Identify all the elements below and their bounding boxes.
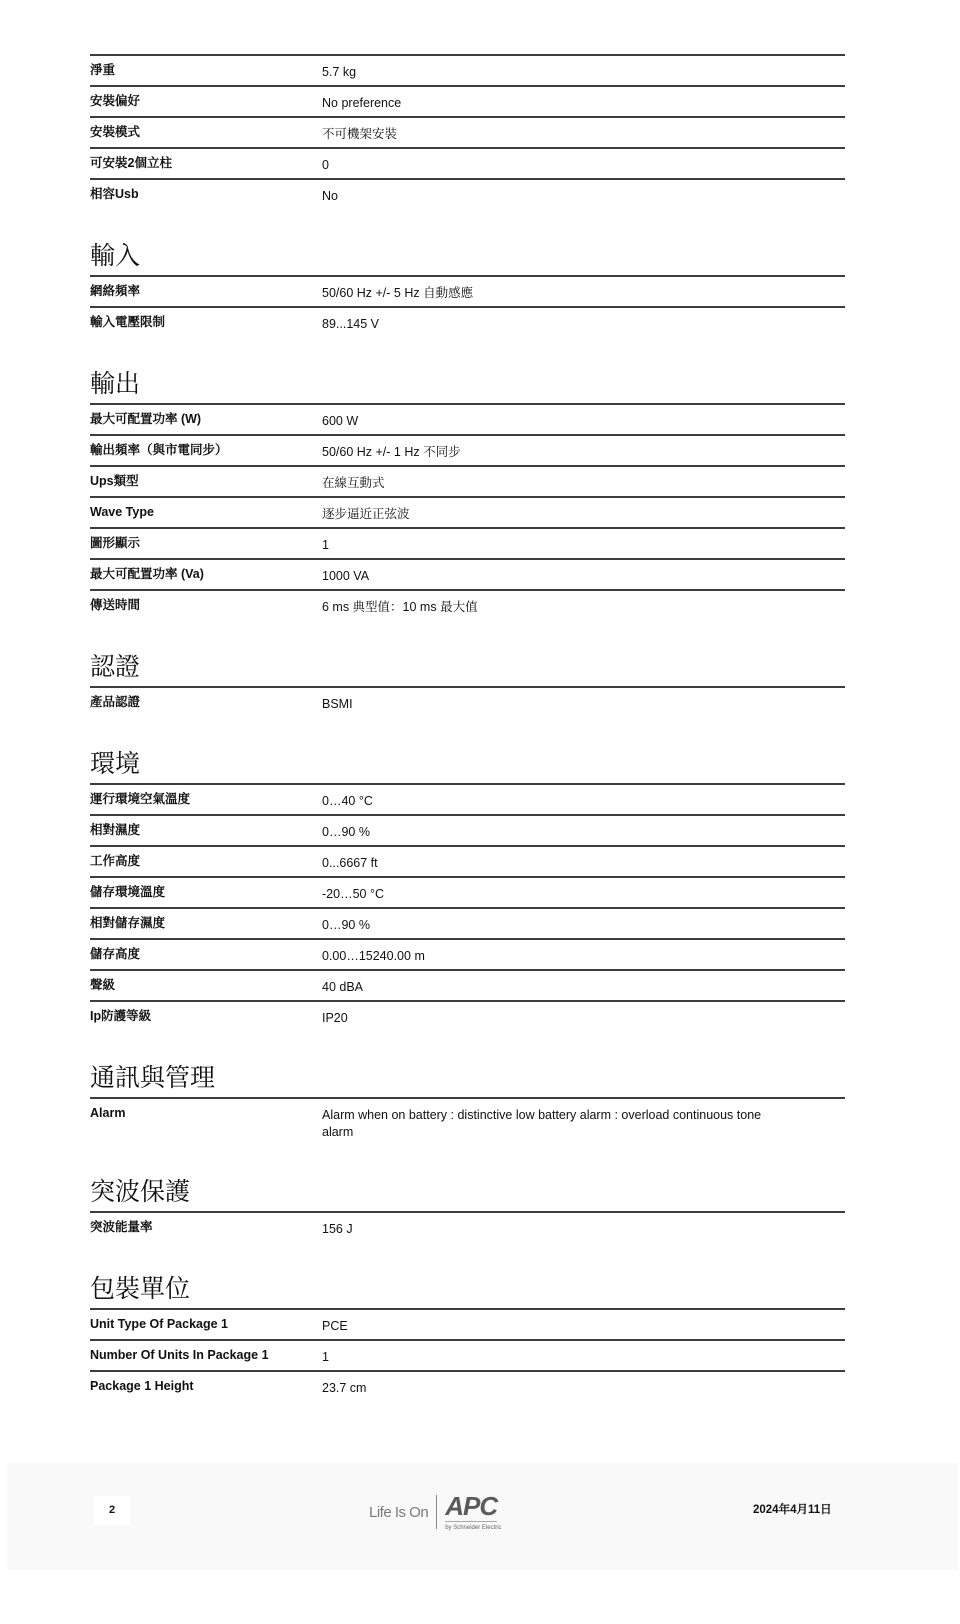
tagline: Life Is On xyxy=(369,1504,428,1521)
section-heading: 環境 xyxy=(90,747,845,783)
spec-label: 輸出頻率（與市電同步） xyxy=(90,443,322,461)
section-heading: 通訊與管理 xyxy=(90,1061,845,1097)
spec-label: 聲級 xyxy=(90,978,322,996)
spec-value: No xyxy=(322,187,845,205)
spec-value: 逐步逼近正弦波 xyxy=(322,505,845,523)
page-footer: 2 Life Is On APC by Schneider Electric 2… xyxy=(7,1463,958,1570)
spec-value: 0…40 °C xyxy=(322,792,845,810)
section-input: 輸入 網絡頻率50/60 Hz +/- 5 Hz 自動感應 輸入電壓限制89..… xyxy=(90,239,845,337)
spec-value: 1 xyxy=(322,1348,845,1366)
spec-value: 0 xyxy=(322,156,845,174)
section-heading: 輸入 xyxy=(90,239,845,275)
spec-label: 運行環境空氣溫度 xyxy=(90,792,322,810)
spec-row: 相容UsbNo xyxy=(90,178,845,209)
spec-label: 安裝偏好 xyxy=(90,94,322,112)
spec-row: 突波能量率156 J xyxy=(90,1211,845,1242)
spec-row: 最大可配置功率 (Va)1000 VA xyxy=(90,558,845,589)
spec-label: 淨重 xyxy=(90,63,322,81)
section-heading: 包裝單位 xyxy=(90,1272,845,1308)
section-communication: 通訊與管理 AlarmAlarm when on battery : disti… xyxy=(90,1061,845,1145)
spec-label: 安裝模式 xyxy=(90,125,322,143)
spec-row: 相對濕度0…90 % xyxy=(90,814,845,845)
spec-label: Ups類型 xyxy=(90,474,322,492)
section-environment: 環境 運行環境空氣溫度0…40 °C 相對濕度0…90 % 工作高度0...66… xyxy=(90,747,845,1031)
spec-sheet: 淨重5.7 kg 安裝偏好No preference 安裝模式不可機架安裝 可安… xyxy=(90,54,845,1401)
spec-value: 6 ms 典型值：10 ms 最大值 xyxy=(322,598,845,616)
spec-label: Unit Type Of Package 1 xyxy=(90,1317,322,1335)
spec-row: 輸出頻率（與市電同步）50/60 Hz +/- 1 Hz 不同步 xyxy=(90,434,845,465)
spec-value: 40 dBA xyxy=(322,978,845,996)
apc-logo-icon: APC by Schneider Electric xyxy=(445,1493,501,1531)
spec-row: Ip防護等級IP20 xyxy=(90,1000,845,1031)
spec-row: 可安裝2個立柱0 xyxy=(90,147,845,178)
spec-row: Wave Type逐步逼近正弦波 xyxy=(90,496,845,527)
spec-row: 聲級40 dBA xyxy=(90,969,845,1000)
spec-value: 在線互動式 xyxy=(322,474,845,492)
brand-name: APC xyxy=(445,1493,497,1522)
spec-row: 儲存環境溫度-20…50 °C xyxy=(90,876,845,907)
spec-value: 156 J xyxy=(322,1220,845,1238)
spec-row: Number Of Units In Package 11 xyxy=(90,1339,845,1370)
spec-label: 輸入電壓限制 xyxy=(90,315,322,333)
spec-row: 工作高度0...6667 ft xyxy=(90,845,845,876)
spec-label: Alarm xyxy=(90,1106,322,1141)
spec-row: 最大可配置功率 (W)600 W xyxy=(90,403,845,434)
spec-value: 0...6667 ft xyxy=(322,854,845,872)
spec-label: 圖形顯示 xyxy=(90,536,322,554)
section-heading: 輸出 xyxy=(90,367,845,403)
spec-value: -20…50 °C xyxy=(322,885,845,903)
spec-value: 89...145 V xyxy=(322,315,845,333)
spec-row: 安裝偏好No preference xyxy=(90,85,845,116)
spec-label: 可安裝2個立柱 xyxy=(90,156,322,174)
spec-row: 運行環境空氣溫度0…40 °C xyxy=(90,783,845,814)
spec-value: 50/60 Hz +/- 1 Hz 不同步 xyxy=(322,443,845,461)
spec-value: BSMI xyxy=(322,695,845,713)
spec-label: 突波能量率 xyxy=(90,1220,322,1238)
spec-label: Ip防護等級 xyxy=(90,1009,322,1027)
spec-label: Number Of Units In Package 1 xyxy=(90,1348,322,1366)
logo-divider xyxy=(436,1495,437,1529)
spec-value: 23.7 cm xyxy=(322,1379,845,1397)
spec-value: 不可機架安裝 xyxy=(322,125,845,143)
spec-value: Alarm when on battery : distinctive low … xyxy=(322,1106,845,1141)
spec-label: 工作高度 xyxy=(90,854,322,872)
page-number: 2 xyxy=(94,1496,130,1525)
spec-label: 網絡頻率 xyxy=(90,284,322,302)
spec-value: PCE xyxy=(322,1317,845,1335)
spec-value: 50/60 Hz +/- 5 Hz 自動感應 xyxy=(322,284,845,302)
spec-label: 最大可配置功率 (Va) xyxy=(90,567,322,585)
spec-row: 圖形顯示1 xyxy=(90,527,845,558)
spec-row: Package 1 Height23.7 cm xyxy=(90,1370,845,1401)
spec-label: 相對儲存濕度 xyxy=(90,916,322,934)
spec-label: 傳送時間 xyxy=(90,598,322,616)
section-general: 淨重5.7 kg 安裝偏好No preference 安裝模式不可機架安裝 可安… xyxy=(90,54,845,209)
section-output: 輸出 最大可配置功率 (W)600 W 輸出頻率（與市電同步）50/60 Hz … xyxy=(90,367,845,620)
spec-row: Ups類型在線互動式 xyxy=(90,465,845,496)
document-date: 2024年4月11日 xyxy=(753,1501,832,1517)
spec-label: 最大可配置功率 (W) xyxy=(90,412,322,430)
spec-row: AlarmAlarm when on battery : distinctive… xyxy=(90,1097,845,1145)
spec-value: 0…90 % xyxy=(322,823,845,841)
section-packaging: 包裝單位 Unit Type Of Package 1PCE Number Of… xyxy=(90,1272,845,1401)
spec-row: 輸入電壓限制89...145 V xyxy=(90,306,845,337)
spec-value: 1000 VA xyxy=(322,567,845,585)
spec-label: Wave Type xyxy=(90,505,322,523)
spec-row: 淨重5.7 kg xyxy=(90,54,845,85)
spec-label: 儲存高度 xyxy=(90,947,322,965)
spec-row: Unit Type Of Package 1PCE xyxy=(90,1308,845,1339)
spec-value: No preference xyxy=(322,94,845,112)
spec-value: 600 W xyxy=(322,412,845,430)
spec-label: 相容Usb xyxy=(90,187,322,205)
spec-row: 相對儲存濕度0…90 % xyxy=(90,907,845,938)
spec-label: Package 1 Height xyxy=(90,1379,322,1397)
brand-logo: Life Is On APC by Schneider Electric xyxy=(369,1486,502,1538)
section-surge: 突波保護 突波能量率156 J xyxy=(90,1175,845,1242)
spec-value: 1 xyxy=(322,536,845,554)
section-heading: 突波保護 xyxy=(90,1175,845,1211)
spec-value: 5.7 kg xyxy=(322,63,845,81)
section-heading: 認證 xyxy=(90,650,845,686)
brand-sub: by Schneider Electric xyxy=(445,1525,501,1531)
spec-row: 安裝模式不可機架安裝 xyxy=(90,116,845,147)
spec-label: 相對濕度 xyxy=(90,823,322,841)
spec-value: IP20 xyxy=(322,1009,845,1027)
spec-label: 儲存環境溫度 xyxy=(90,885,322,903)
spec-label: 產品認證 xyxy=(90,695,322,713)
spec-value: 0…90 % xyxy=(322,916,845,934)
spec-row: 傳送時間6 ms 典型值：10 ms 最大值 xyxy=(90,589,845,620)
spec-row: 產品認證BSMI xyxy=(90,686,845,717)
spec-row: 網絡頻率50/60 Hz +/- 5 Hz 自動感應 xyxy=(90,275,845,306)
section-certification: 認證 產品認證BSMI xyxy=(90,650,845,717)
spec-row: 儲存高度0.00…15240.00 m xyxy=(90,938,845,969)
spec-value: 0.00…15240.00 m xyxy=(322,947,845,965)
